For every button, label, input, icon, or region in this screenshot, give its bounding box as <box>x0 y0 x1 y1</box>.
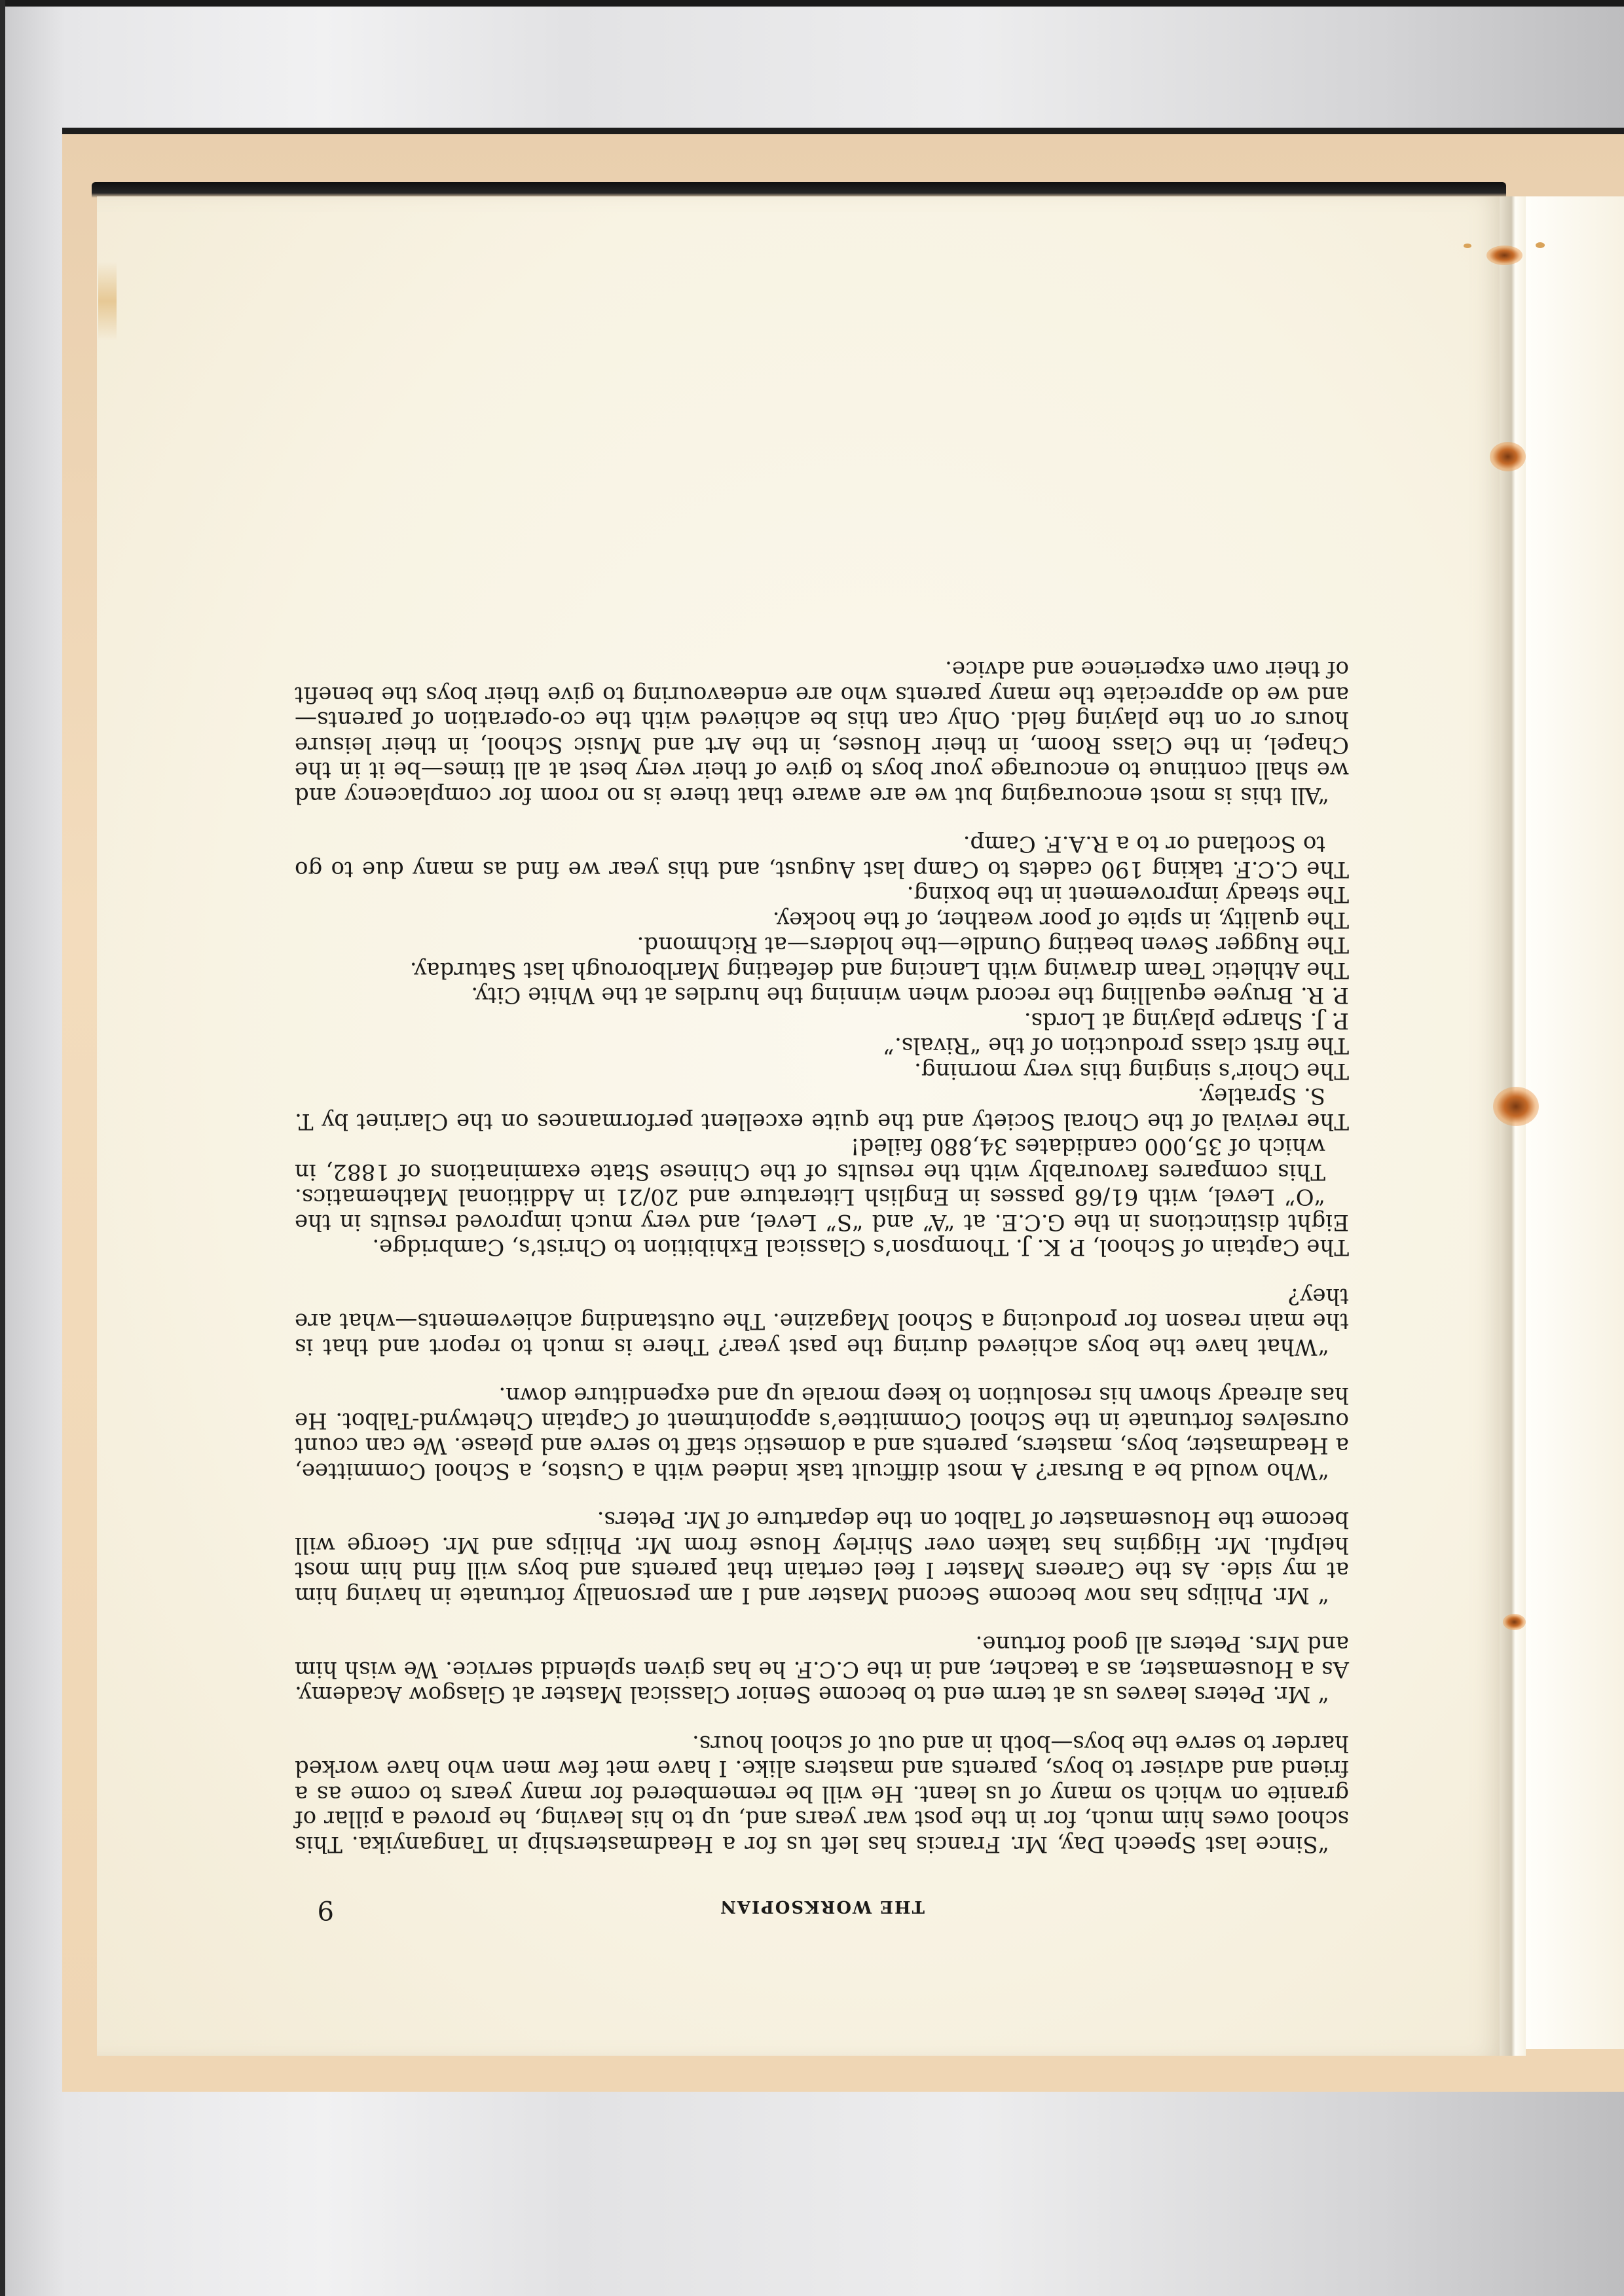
paragraph-peters: “ Mr. Peters leaves us at term end to be… <box>295 1631 1349 1707</box>
running-header: THE WORKSOPIAN 9 <box>295 1895 1349 1925</box>
facing-page-edge <box>1526 196 1624 2049</box>
list-item: The steady improvement in the boxing. <box>295 882 1349 907</box>
staple-rust-stain <box>1493 1087 1539 1126</box>
list-item: The Rugger Seven beating Oundle—the hold… <box>295 932 1349 958</box>
staple-rust-stain <box>1490 442 1526 471</box>
paragraph-achievements-intro: “What have the boys achieved during the … <box>295 1284 1349 1360</box>
list-item: The first class production of the “Rival… <box>295 1033 1349 1059</box>
rust-speck <box>1536 242 1545 248</box>
list-item: The revival of the Choral Society and th… <box>295 1084 1349 1134</box>
page-text-block: THE WORKSOPIAN 9 “Since last Speech Day,… <box>295 406 1349 1925</box>
paragraph-closing: “All this is most encouraging but we are… <box>295 657 1349 808</box>
cover-top-shadow <box>92 182 1506 198</box>
list-item: The Choir’s singing this very morning. <box>295 1059 1349 1084</box>
staple-rust-stain <box>1486 246 1522 265</box>
list-item: P. J. Sharpe playing at Lords. <box>295 1008 1349 1034</box>
list-item: P. R. Bruyee equalling the record when w… <box>295 983 1349 1008</box>
page-edge-stain <box>98 262 117 340</box>
scanner-frame-left <box>0 0 5 2296</box>
list-item: The Captain of School, P. K. J. Thompson… <box>295 1235 1349 1260</box>
achievements-list: The Captain of School, P. K. J. Thompson… <box>295 831 1349 1260</box>
page-gutter <box>1500 196 1526 2056</box>
paragraph-philips: “ Mr. Philips has now become Second Mast… <box>295 1507 1349 1608</box>
paragraph-bursar: “Who would be a Bursar? A most difficult… <box>295 1383 1349 1484</box>
page-number: 9 <box>295 1895 334 1925</box>
rust-speck <box>1464 244 1471 248</box>
list-item: Eight distinctions in the G.C.E. at “A” … <box>295 1134 1349 1235</box>
scanner-frame-top <box>0 0 1624 7</box>
list-item: The C.C.F. taking 190 cadets to Camp las… <box>295 831 1349 882</box>
running-head-title: THE WORKSOPIAN <box>334 1897 1310 1916</box>
list-item: The Athletic Team drawing with Lancing a… <box>295 958 1349 983</box>
list-item: The quality, in spite of poor weather, o… <box>295 907 1349 933</box>
paragraph-francis: “Since last Speech Day, Mr. Francis has … <box>295 1731 1349 1857</box>
staple-rust-stain <box>1503 1614 1526 1630</box>
